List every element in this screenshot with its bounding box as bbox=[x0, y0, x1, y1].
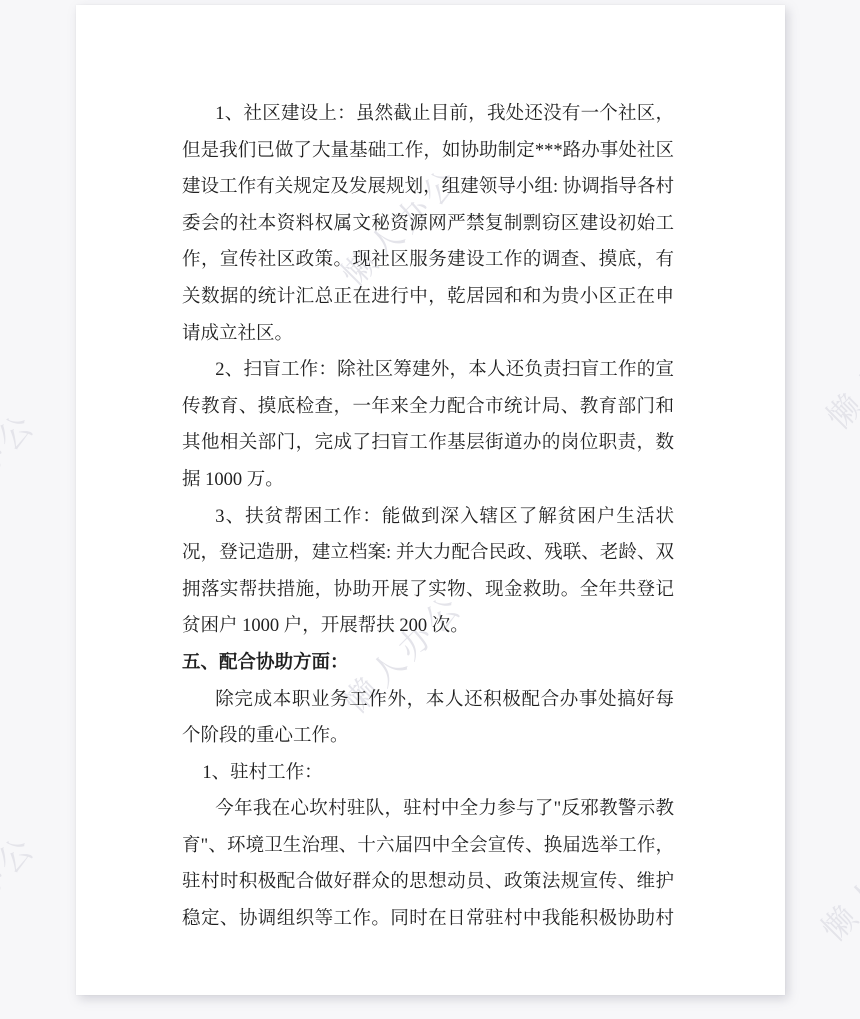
watermark-text: 懒人办公 bbox=[0, 823, 45, 964]
watermark-text: 懒人办公 bbox=[0, 400, 45, 541]
paragraph-community-building: 1、社区建设上：虽然截止目前，我处还没有一个社区，但是我们已做了大量基础工作，如… bbox=[182, 96, 674, 352]
paragraph-literacy-work: 2、扫盲工作：除社区筹建外，本人还负责扫盲工作的宣传教育、摸底检查，一年来全力配… bbox=[182, 352, 674, 498]
document-body: 1、社区建设上：虽然截止目前，我处还没有一个社区，但是我们已做了大量基础工作，如… bbox=[182, 96, 674, 926]
paragraph-village-work-detail: 今年我在心坎村驻队，驻村中全力参与了"反邪教警示教育"、环境卫生治理、十六届四中… bbox=[182, 791, 674, 926]
paragraph-cooperation-intro: 除完成本职业务工作外，本人还积极配合办事处搞好每个阶段的重心工作。 bbox=[182, 682, 674, 755]
paragraph-village-work-title: 1、驻村工作： bbox=[182, 755, 674, 792]
watermark-text: 懒人办公 bbox=[810, 810, 860, 951]
document-viewer: 懒人办公 懒人办公 懒人办公 懒人办公 懒人办公 懒人办公 1、社区建设上：虽然… bbox=[0, 0, 860, 1019]
paragraph-poverty-relief: 3、扶贫帮困工作：能做到深入辖区了解贫困户生活状况，登记造册，建立档案: 并大力… bbox=[182, 499, 674, 645]
section-heading-cooperation: 五、配合协助方面： bbox=[182, 645, 674, 682]
watermark-text: 懒人办公 bbox=[815, 298, 860, 439]
